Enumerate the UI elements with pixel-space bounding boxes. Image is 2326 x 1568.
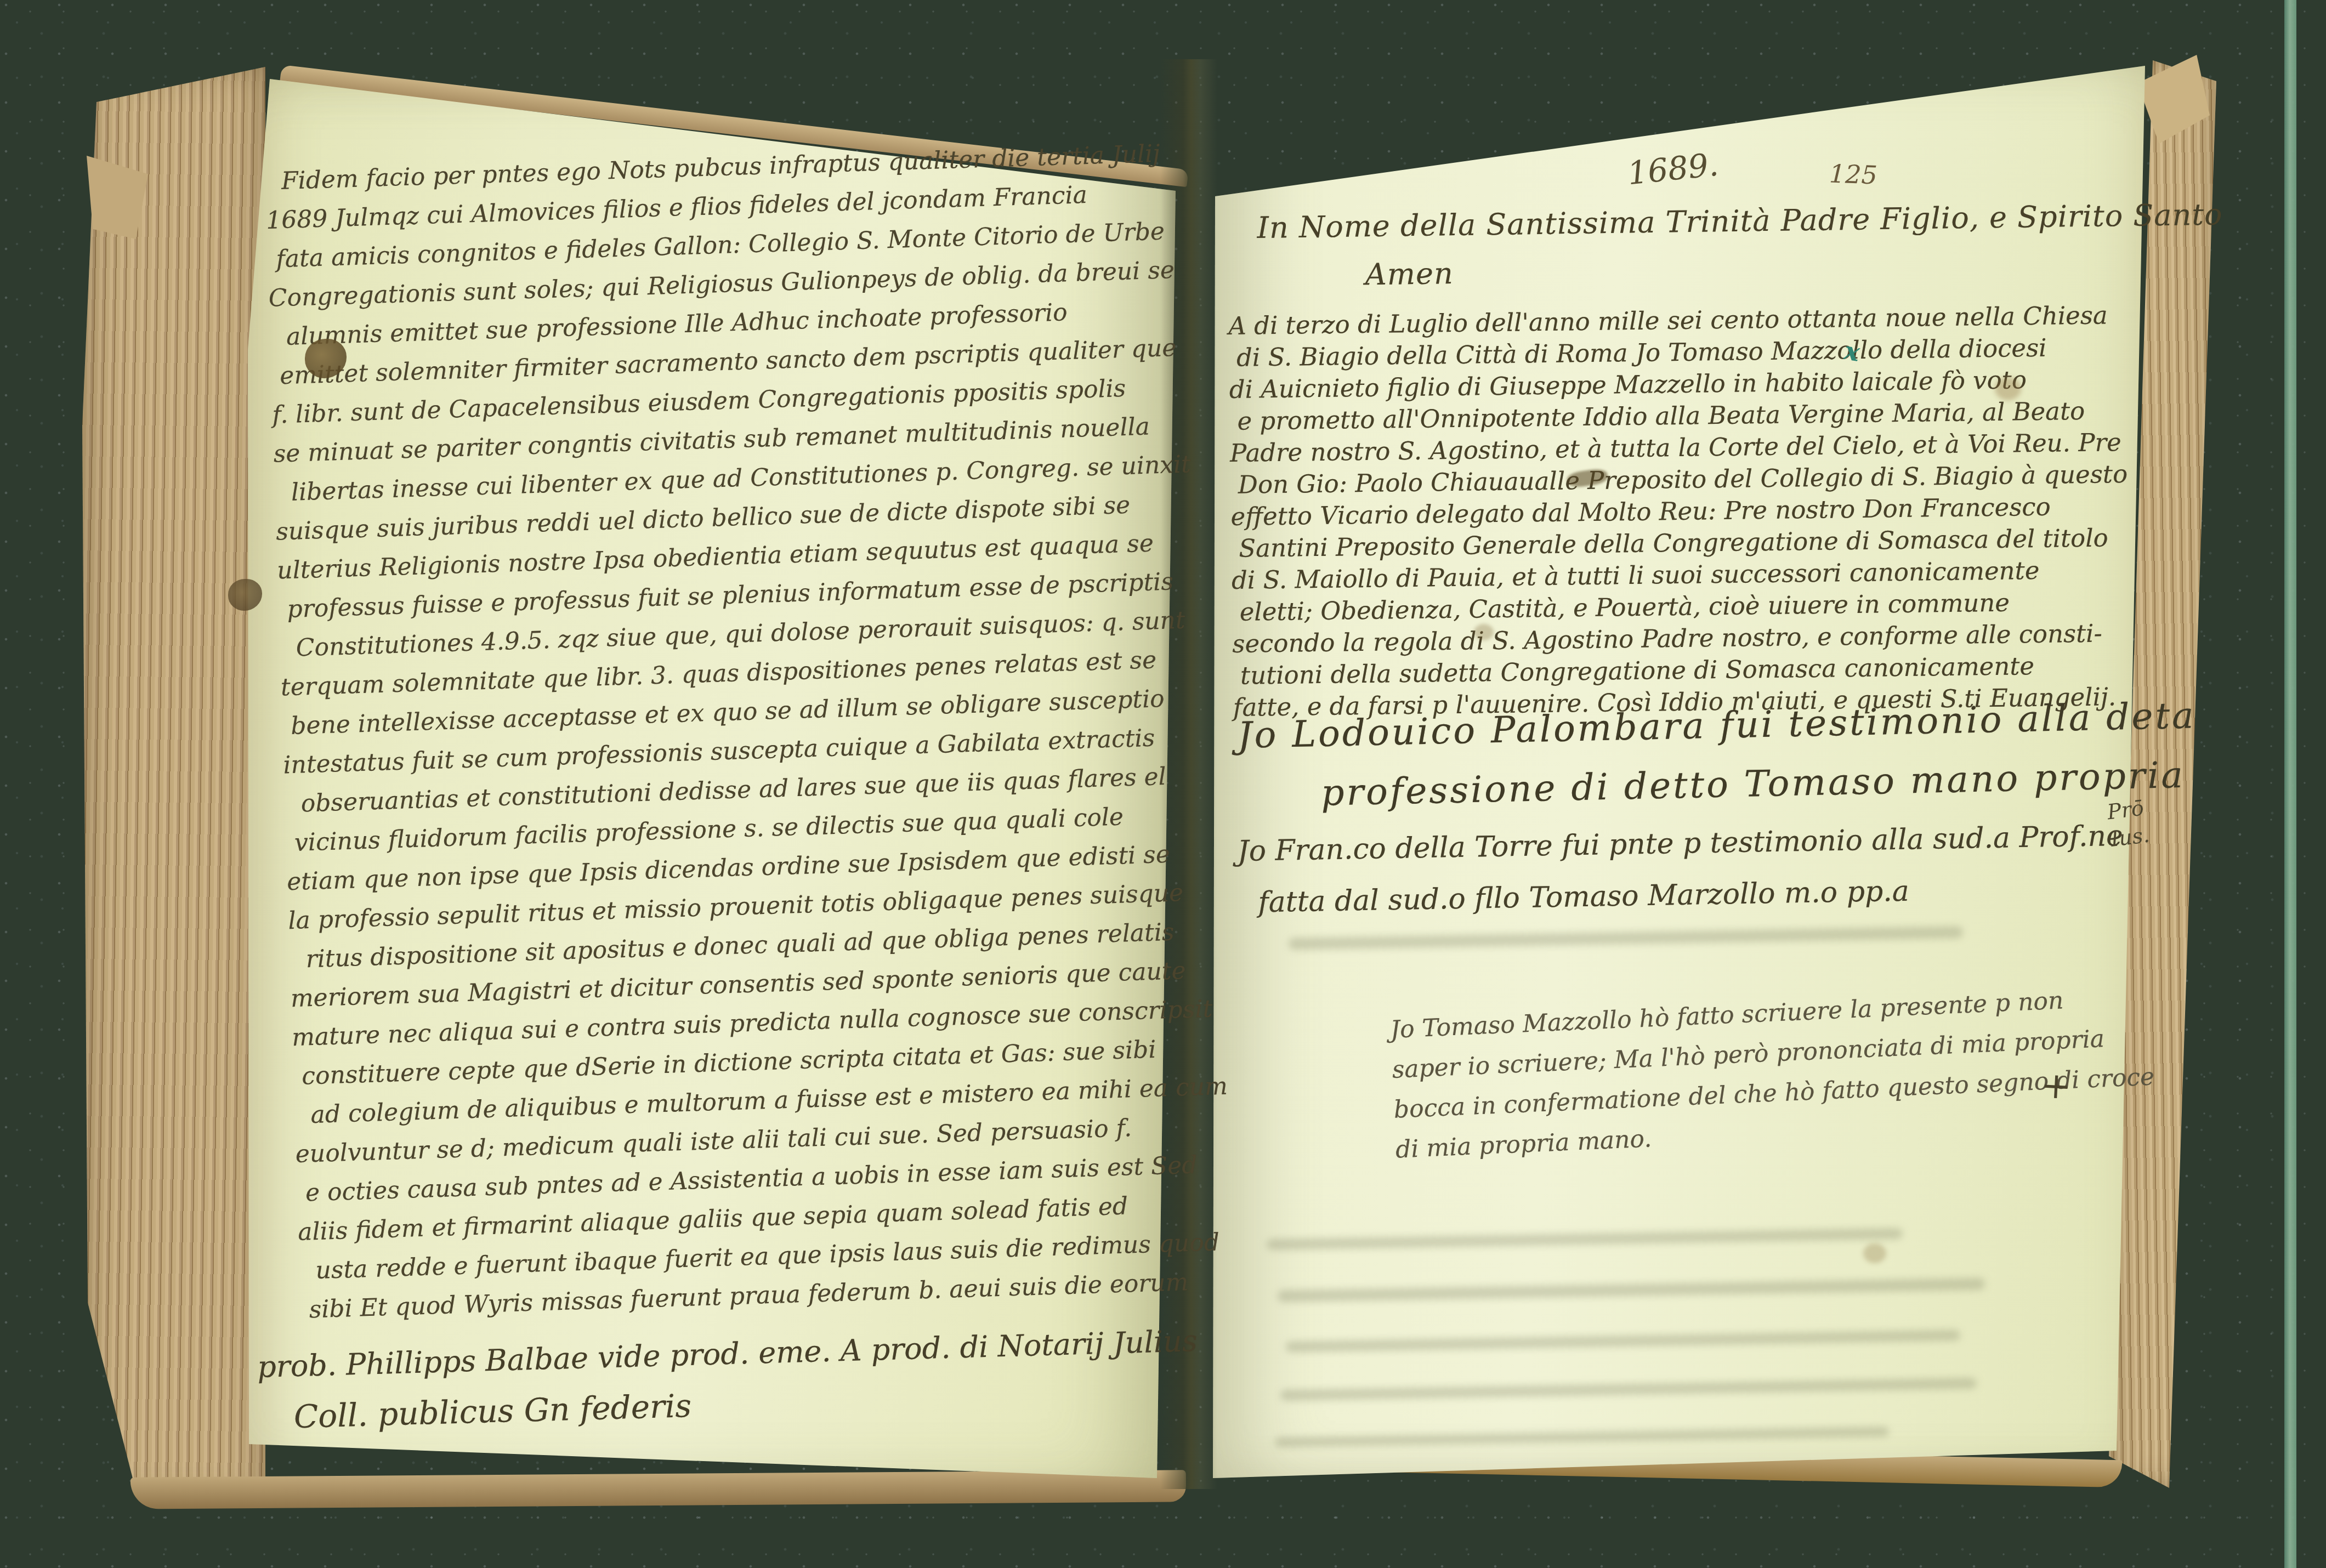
profession-vow-text: A di terzo di Luglio dell'anno mille sei… — [1228, 299, 2130, 724]
year-heading: 1689. — [1626, 147, 1720, 190]
invocation-heading: In Nome della Santissima Trinità Padre F… — [1257, 190, 2223, 300]
witness-attestation-della-torre: Jo Fran.co della Torre fui pnte p testim… — [1237, 810, 2124, 929]
manuscript-photo: Fidem facio per pntes ego Nots pubcus in… — [0, 0, 2326, 1568]
witness-attestation-palombara: Jo Lodouico Palombara fui testimonio all… — [1237, 686, 2198, 825]
backdrop-seam-stripe — [2284, 0, 2296, 1568]
foxing-stain — [1474, 624, 1494, 640]
margin-abbreviation-flourish: PrōIus. — [2106, 794, 2151, 853]
flourish-word: Prō — [2106, 794, 2148, 826]
bottom-leaf-edge-left — [131, 1470, 1186, 1509]
sign-of-cross-mark: + — [2040, 1067, 2072, 1105]
flourish-word: Ius. — [2109, 821, 2151, 853]
foxing-stain — [1863, 1243, 1886, 1263]
folio-page-number: 125 — [1829, 160, 1877, 188]
left-page-latin-text: Fidem facio per pntes ego Nots pubcus in… — [264, 134, 1205, 1330]
left-fore-edge-leaf-stack — [82, 64, 265, 1508]
foxing-stain — [1995, 377, 2021, 400]
